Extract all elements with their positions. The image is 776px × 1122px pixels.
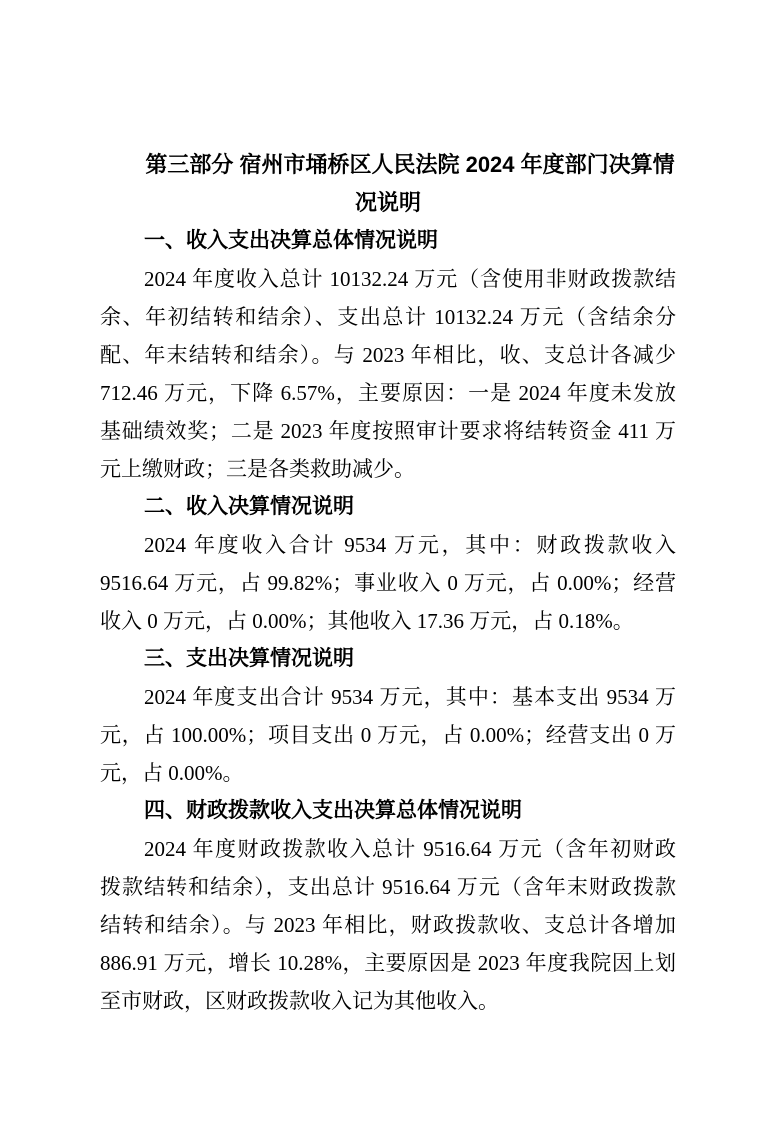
paragraph-line: 2024 年度收入总计 10132.24 万元（含使用非财政拨款结 bbox=[100, 260, 676, 298]
paragraph-line: 元，占 0.00%。 bbox=[100, 754, 676, 792]
section-income-expenditure-overview: 一、收入支出决算总体情况说明 2024 年度收入总计 10132.24 万元（含… bbox=[100, 222, 676, 488]
paragraph-line: 收入 0 万元，占 0.00%；其他收入 17.36 万元，占 0.18%。 bbox=[100, 602, 676, 640]
document-title: 第三部分 宿州市埇桥区人民法院 2024 年度部门决算情 况说明 bbox=[100, 146, 676, 222]
document-title-line-1: 第三部分 宿州市埇桥区人民法院 2024 年度部门决算情 bbox=[100, 146, 676, 184]
section-fiscal-appropriation-overview: 四、财政拨款收入支出决算总体情况说明 2024 年度财政拨款收入总计 9516.… bbox=[100, 792, 676, 1020]
paragraph-line: 886.91 万元，增长 10.28%，主要原因是 2023 年度我院因上划 bbox=[100, 944, 676, 982]
document-page: 第三部分 宿州市埇桥区人民法院 2024 年度部门决算情 况说明 一、收入支出决… bbox=[0, 0, 776, 1122]
paragraph-line: 2024 年度财政拨款收入总计 9516.64 万元（含年初财政 bbox=[100, 830, 676, 868]
paragraph-line: 9516.64 万元，占 99.82%；事业收入 0 万元，占 0.00%；经营 bbox=[100, 564, 676, 602]
paragraph-line: 2024 年度收入合计 9534 万元，其中：财政拨款收入 bbox=[100, 526, 676, 564]
paragraph-line: 基础绩效奖；二是 2023 年度按照审计要求将结转资金 411 万 bbox=[100, 412, 676, 450]
section-income-statement: 二、收入决算情况说明 2024 年度收入合计 9534 万元，其中：财政拨款收入… bbox=[100, 488, 676, 640]
paragraph-line: 元，占 100.00%；项目支出 0 万元，占 0.00%；经营支出 0 万 bbox=[100, 716, 676, 754]
paragraph-line: 配、年末结转和结余）。与 2023 年相比，收、支总计各减少 bbox=[100, 336, 676, 374]
paragraph-line: 拨款结转和结余），支出总计 9516.64 万元（含年末财政拨款 bbox=[100, 868, 676, 906]
section-expenditure-statement: 三、支出决算情况说明 2024 年度支出合计 9534 万元，其中：基本支出 9… bbox=[100, 640, 676, 792]
paragraph-line: 712.46 万元，下降 6.57%，主要原因：一是 2024 年度未发放 bbox=[100, 374, 676, 412]
section-heading-2: 二、收入决算情况说明 bbox=[100, 488, 676, 526]
paragraph-line: 2024 年度支出合计 9534 万元，其中：基本支出 9534 万 bbox=[100, 678, 676, 716]
document-title-line-2: 况说明 bbox=[100, 184, 676, 222]
paragraph-line: 余、年初结转和结余）、支出总计 10132.24 万元（含结余分 bbox=[100, 298, 676, 336]
section-heading-3: 三、支出决算情况说明 bbox=[100, 640, 676, 678]
paragraph-line: 元上缴财政；三是各类救助减少。 bbox=[100, 450, 676, 488]
paragraph-line: 至市财政，区财政拨款收入记为其他收入。 bbox=[100, 982, 676, 1020]
section-heading-4: 四、财政拨款收入支出决算总体情况说明 bbox=[100, 792, 676, 830]
section-heading-1: 一、收入支出决算总体情况说明 bbox=[100, 222, 676, 260]
paragraph-line: 结转和结余）。与 2023 年相比，财政拨款收、支总计各增加 bbox=[100, 906, 676, 944]
